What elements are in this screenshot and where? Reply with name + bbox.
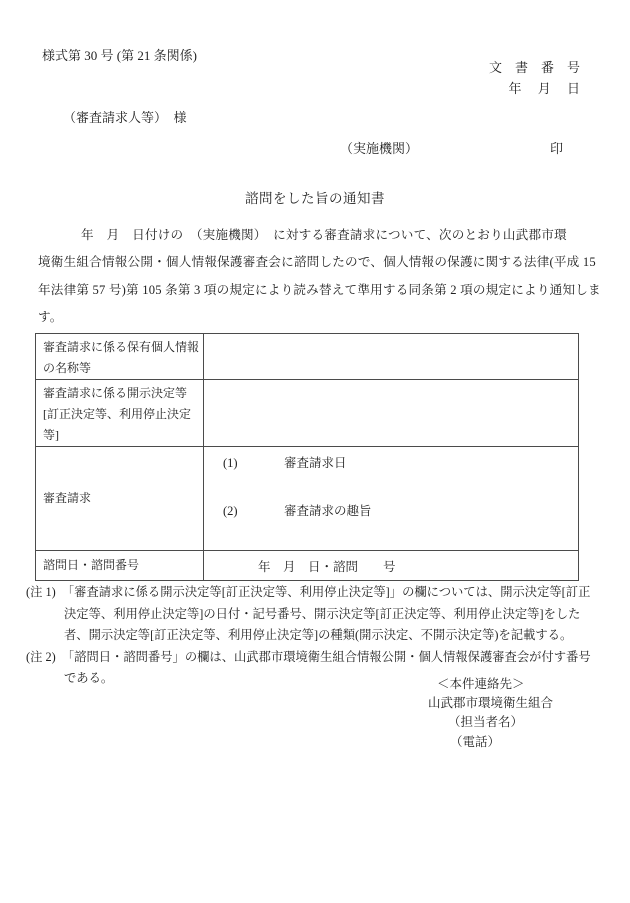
contact-heading: ＜本件連絡先＞ xyxy=(428,675,553,694)
main-table: 審査請求に係る保有個人情報 の名称等 審査請求に係る開示決定等 [訂正決定等、利… xyxy=(35,333,579,581)
contact-person: （担当者名） xyxy=(428,713,553,732)
body-paragraph: 年 月 日付けの （実施機関） に対する審査請求について、次のとおり山武郡市環 … xyxy=(38,222,598,332)
row-label-disclosure-decision: 審査請求に係る開示決定等 [訂正決定等、利用停止決定 等] xyxy=(36,380,204,447)
row-value-review-request: (1)審査請求日 (2)審査請求の趣旨 xyxy=(204,447,579,551)
note-1-line: 決定等、利用停止決定等]の日付・記号番号、開示決定等[訂正決定等、利用停止決定等… xyxy=(26,604,622,626)
contact-organization: 山武郡市環境衛生組合 xyxy=(428,694,553,713)
body-line: 年法律第 57 号)第 105 条第 3 項の規定により読み替えて準用する同条第… xyxy=(38,277,598,304)
body-line: 境衛生組合情報公開・個人情報保護審査会に諮問したので、個人情報の保護に関する法律… xyxy=(38,249,598,276)
form-number: 様式第 30 号 (第 21 条関係) xyxy=(42,45,197,64)
body-line: す。 xyxy=(38,304,598,331)
row-value-personal-info xyxy=(204,334,579,380)
addressee-line: （審査請求人等） 様 xyxy=(63,107,187,126)
review-request-item-2: (2)審査請求の趣旨 xyxy=(223,501,578,521)
row-label-consultation-date-number: 諮問日・諮問番号 xyxy=(36,551,204,581)
row-label-personal-info: 審査請求に係る保有個人情報 の名称等 xyxy=(36,334,204,380)
item-label: 審査請求日 xyxy=(284,456,347,470)
document-page: 様式第 30 号 (第 21 条関係) 文 書 番 号 年 月 日 （審査請求人… xyxy=(0,0,630,903)
review-request-item-1: (1)審査請求日 xyxy=(223,453,578,473)
document-number-label: 文 書 番 号 xyxy=(489,57,580,78)
note-1-line: 者、開示決定等[訂正決定等、利用停止決定等]の種類(開示決定、不開示決定等)を記… xyxy=(26,625,622,647)
item-number: (2) xyxy=(223,501,284,521)
table-row: 審査請求に係る保有個人情報 の名称等 xyxy=(36,334,579,380)
issuer-agency: （実施機関） xyxy=(340,138,418,157)
note-2-line: (注 2) 「諮問日・諮問番号」の欄は、山武郡市環境衛生組合情報公開・個人情報保… xyxy=(26,647,622,669)
seal-mark: 印 xyxy=(550,138,563,157)
row-label-review-request: 審査請求 xyxy=(36,447,204,551)
contact-block: ＜本件連絡先＞ 山武郡市環境衛生組合 （担当者名） （電話） xyxy=(428,675,553,752)
document-date-label: 年 月 日 xyxy=(489,78,580,99)
footnotes: (注 1) 「審査請求に係る開示決定等[訂正決定等、利用停止決定等]」の欄につい… xyxy=(26,582,622,690)
document-title: 諮問をした旨の通知書 xyxy=(0,187,630,207)
table-row: 審査請求 (1)審査請求日 (2)審査請求の趣旨 xyxy=(36,447,579,551)
row-value-consultation-date-number: 年 月 日・諮問 号 xyxy=(204,551,579,581)
document-number-block: 文 書 番 号 年 月 日 xyxy=(489,57,580,99)
item-label: 審査請求の趣旨 xyxy=(284,504,372,518)
table-row: 審査請求に係る開示決定等 [訂正決定等、利用停止決定 等] xyxy=(36,380,579,447)
note-1-line: (注 1) 「審査請求に係る開示決定等[訂正決定等、利用停止決定等]」の欄につい… xyxy=(26,582,622,604)
item-number: (1) xyxy=(223,453,284,473)
contact-phone: （電話） xyxy=(428,733,553,752)
table-row: 諮問日・諮問番号 年 月 日・諮問 号 xyxy=(36,551,579,581)
body-line: 年 月 日付けの （実施機関） に対する審査請求について、次のとおり山武郡市環 xyxy=(38,222,598,249)
row-value-disclosure-decision xyxy=(204,380,579,447)
